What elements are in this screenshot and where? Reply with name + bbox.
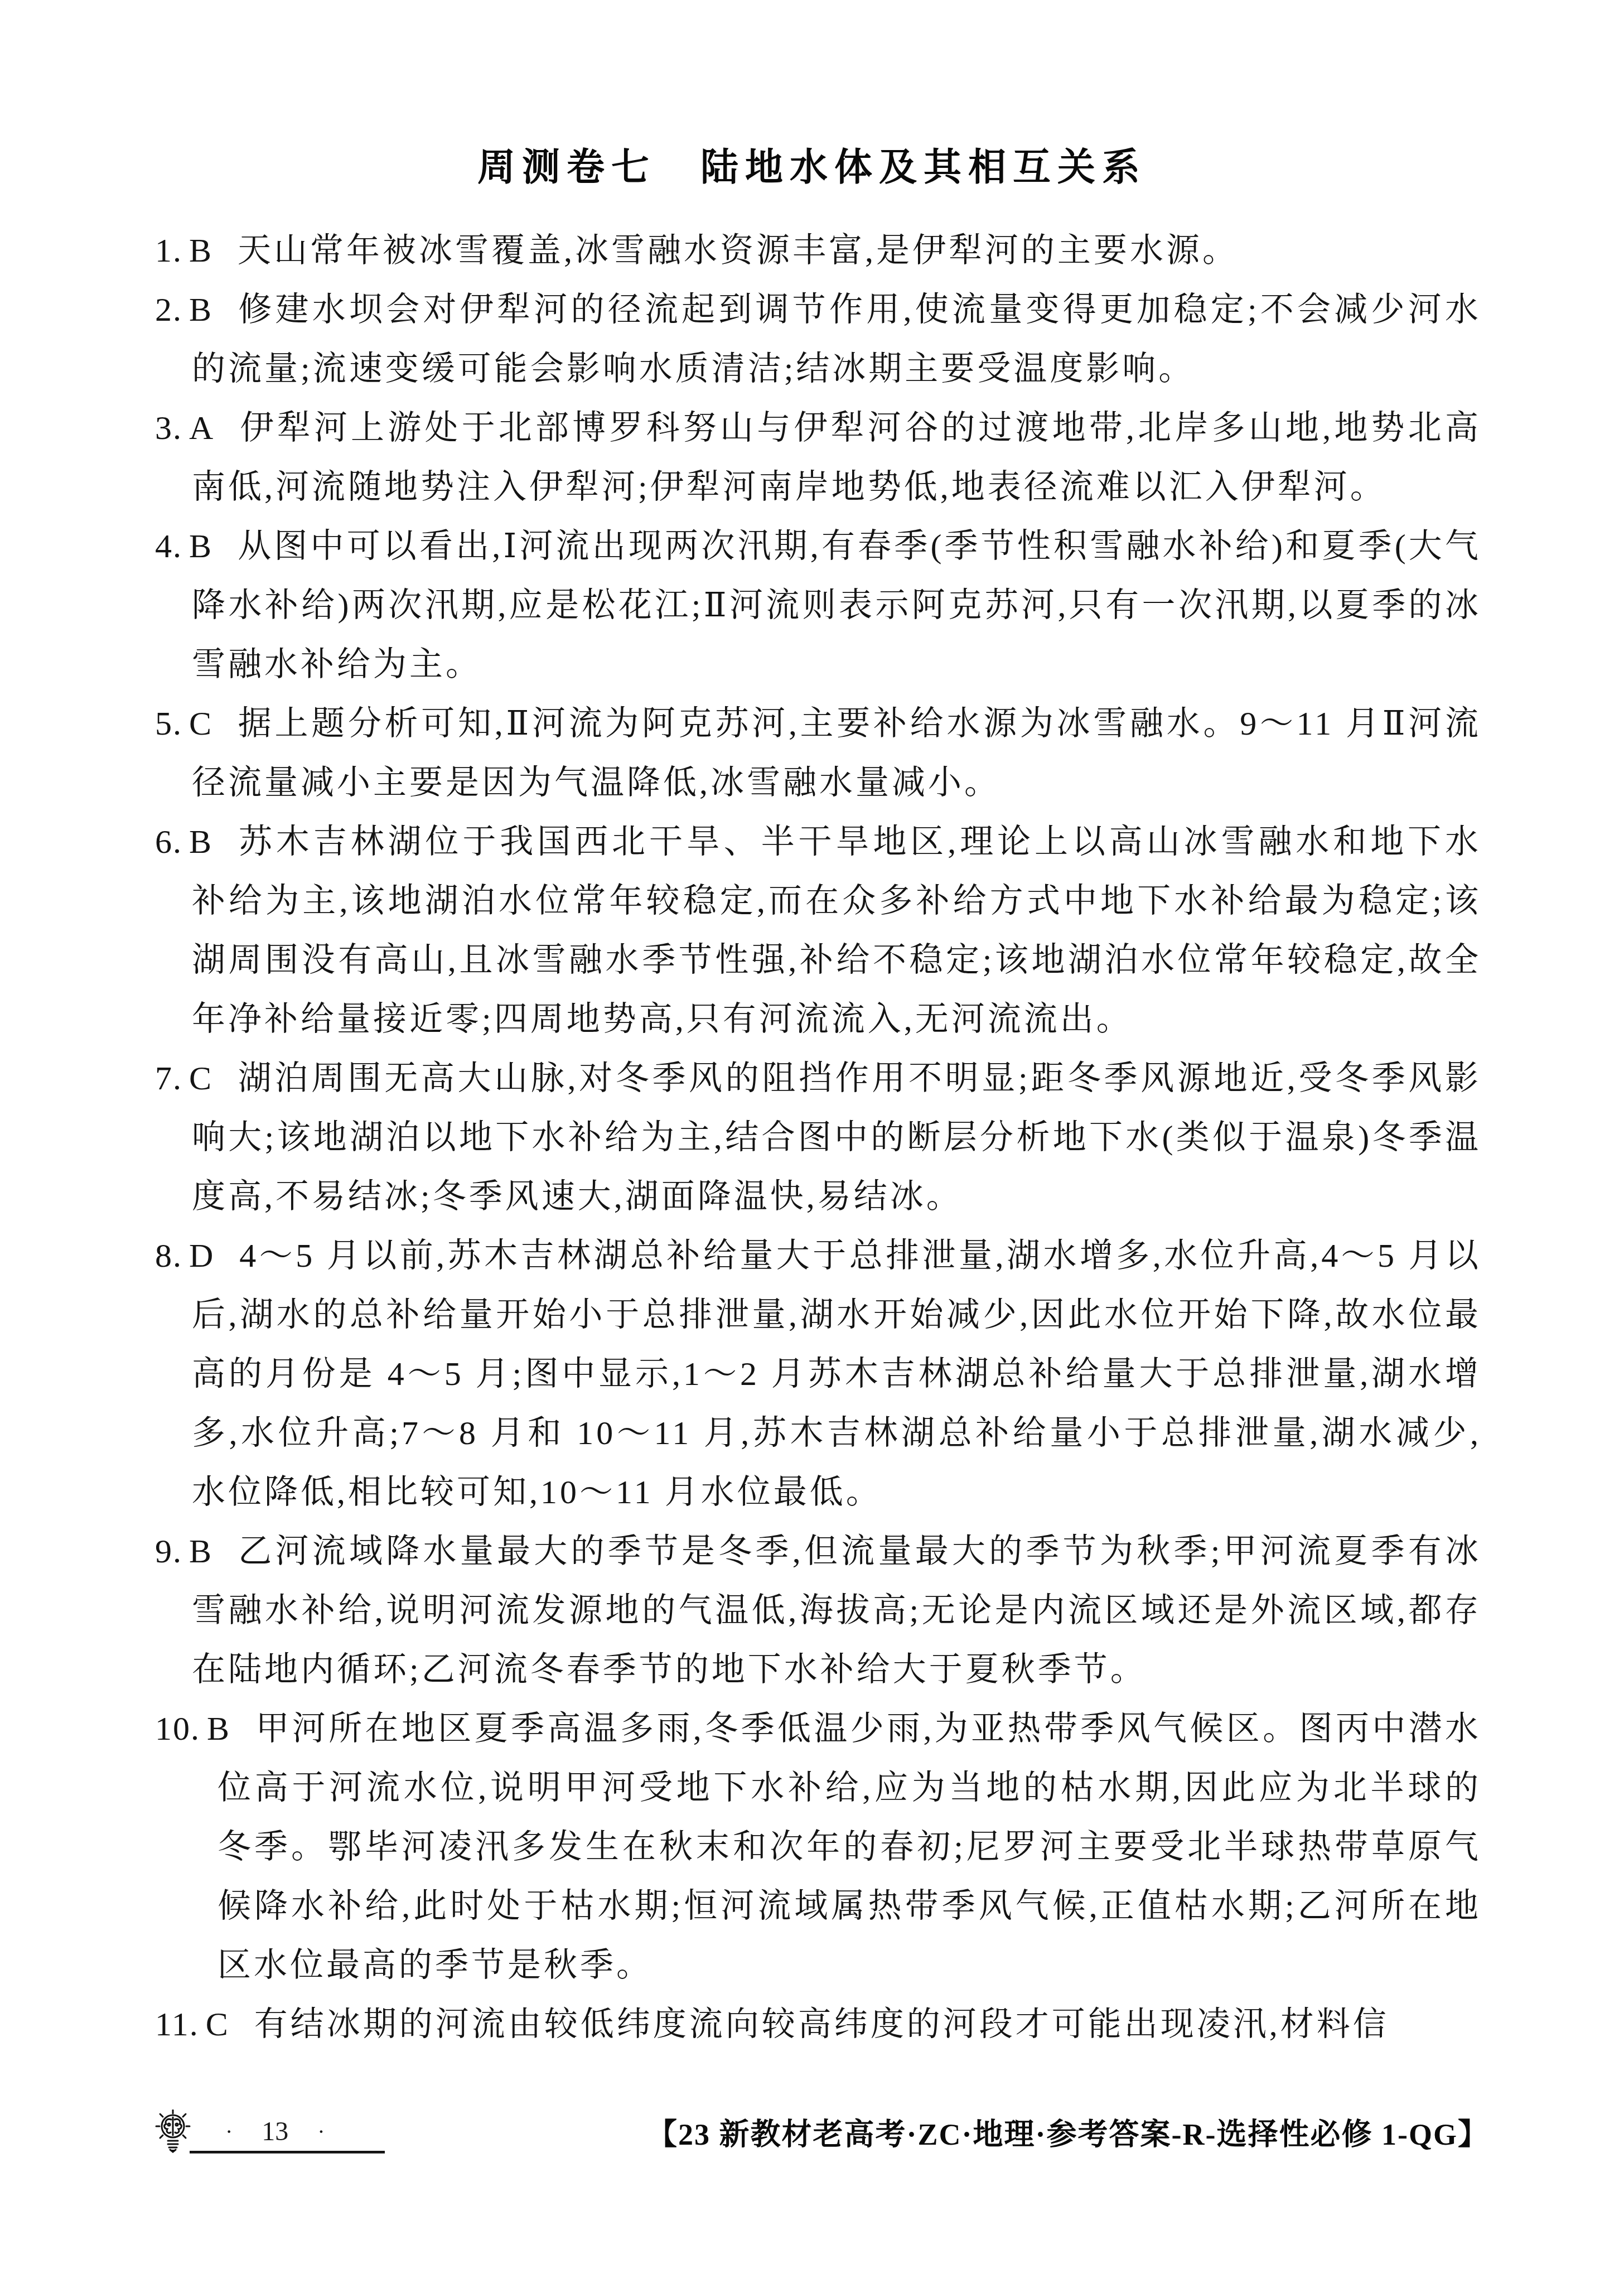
answer-item-10: 10.B甲河所在地区夏季高温多雨,冬季低温少雨,为亚热带季风气候区。图丙中潜水位…: [155, 1699, 1481, 1995]
answer-number: 6.: [155, 823, 182, 860]
answer-item-7: 7.C湖泊周围无高大山脉,对冬季风的阻挡作用不明显;距冬季风源地近,受冬季风影响…: [155, 1049, 1481, 1226]
answer-letter: B: [189, 232, 214, 269]
answer-number: 2.: [155, 291, 182, 328]
answer-text: 4～5 月以前,苏木吉林湖总补给量大于总排泄量,湖水增多,水位升高,4～5 月以…: [192, 1237, 1481, 1510]
footer: ·13· 【23 新教材老高考·ZC·地理·参考答案-R-选择性必修 1-QG】: [155, 2110, 1489, 2160]
answer-number: 3.: [155, 409, 182, 446]
answer-letter: B: [189, 1533, 214, 1570]
answer-text: 有结冰期的河流由较低纬度流向较高纬度的河段才可能出现凌汛,材料信: [254, 2006, 1389, 2043]
answer-number: 11.: [155, 2006, 199, 2043]
answer-number: 8.: [155, 1237, 182, 1274]
answer-number: 10.: [155, 1710, 200, 1747]
answer-letter: C: [189, 705, 214, 742]
answer-letter: C: [206, 2006, 231, 2043]
answer-letter: A: [189, 409, 216, 446]
answer-letter: B: [207, 1710, 232, 1747]
answer-number: 9.: [155, 1533, 182, 1570]
answer-text: 乙河流域降水量最大的季节是冬季,但流量最大的季节为秋季;甲河流夏季有冰雪融水补给…: [192, 1533, 1481, 1688]
page-number-right-dot: ·: [317, 2118, 325, 2145]
answer-text: 从图中可以看出,Ⅰ河流出现两次汛期,有春季(季节性积雪融水补给)和夏季(大气降水…: [192, 528, 1481, 683]
answer-item-2: 2.B修建水坝会对伊犁河的径流起到调节作用,使流量变得更加稳定;不会减少河水的流…: [155, 280, 1481, 398]
page-number-value: 13: [262, 2116, 288, 2147]
answer-item-4: 4.B从图中可以看出,Ⅰ河流出现两次汛期,有春季(季节性积雪融水补给)和夏季(大…: [155, 517, 1481, 694]
answer-item-9: 9.B乙河流域降水量最大的季节是冬季,但流量最大的季节为秋季;甲河流夏季有冰雪融…: [155, 1522, 1481, 1699]
answer-text: 天山常年被冰雪覆盖,冰雪融水资源丰富,是伊犁河的主要水源。: [238, 232, 1239, 269]
edition-label: 【23 新教材老高考·ZC·地理·参考答案-R-选择性必修 1-QG】: [647, 2111, 1489, 2154]
answer-item-3: 3.A伊犁河上游处于北部博罗科努山与伊犁河谷的过渡地带,北岸多山地,地势北高南低…: [155, 398, 1481, 517]
answers-list: 1.B天山常年被冰雪覆盖,冰雪融水资源丰富,是伊犁河的主要水源。 2.B修建水坝…: [155, 221, 1481, 2054]
page-title: 周测卷七 陆地水体及其相互关系: [0, 146, 1624, 189]
answer-text: 伊犁河上游处于北部博罗科努山与伊犁河谷的过渡地带,北岸多山地,地势北高南低,河流…: [192, 409, 1481, 505]
answer-item-1: 1.B天山常年被冰雪覆盖,冰雪融水资源丰富,是伊犁河的主要水源。: [155, 221, 1481, 280]
answer-letter: B: [189, 823, 214, 860]
answer-item-6: 6.B苏木吉林湖位于我国西北干旱、半干旱地区,理论上以高山冰雪融水和地下水补给为…: [155, 812, 1481, 1049]
answer-item-11: 11.C有结冰期的河流由较低纬度流向较高纬度的河段才可能出现凌汛,材料信: [155, 1995, 1481, 2054]
page-number: ·13·: [225, 2116, 325, 2147]
answer-letter: D: [189, 1237, 216, 1274]
lightbulb-brain-icon: [155, 2110, 191, 2153]
answer-letter: C: [189, 1060, 214, 1097]
footer-left: ·13·: [155, 2110, 325, 2153]
answer-text: 甲河所在地区夏季高温多雨,冬季低温少雨,为亚热带季风气候区。图丙中潜水位高于河流…: [217, 1710, 1481, 1983]
answer-text: 据上题分析可知,Ⅱ河流为阿克苏河,主要补给水源为冰雪融水。9～11 月Ⅱ河流径流…: [192, 705, 1481, 801]
answer-number: 5.: [155, 705, 182, 742]
answer-letter: B: [189, 528, 214, 564]
answer-number: 1.: [155, 232, 182, 269]
footer-rule: [190, 2151, 385, 2154]
answer-text: 湖泊周围无高大山脉,对冬季风的阻挡作用不明显;距冬季风源地近,受冬季风影响大;该…: [192, 1060, 1481, 1215]
answer-text: 苏木吉林湖位于我国西北干旱、半干旱地区,理论上以高山冰雪融水和地下水补给为主,该…: [192, 823, 1481, 1037]
answer-sheet-page: 周测卷七 陆地水体及其相互关系 1.B天山常年被冰雪覆盖,冰雪融水资源丰富,是伊…: [0, 0, 1624, 2283]
answer-number: 7.: [155, 1060, 182, 1097]
answer-item-5: 5.C据上题分析可知,Ⅱ河流为阿克苏河,主要补给水源为冰雪融水。9～11 月Ⅱ河…: [155, 694, 1481, 812]
answer-item-8: 8.D4～5 月以前,苏木吉林湖总补给量大于总排泄量,湖水增多,水位升高,4～5…: [155, 1226, 1481, 1522]
answer-letter: B: [189, 291, 214, 328]
answer-number: 4.: [155, 528, 182, 564]
page-number-left-dot: ·: [225, 2118, 233, 2145]
answer-text: 修建水坝会对伊犁河的径流起到调节作用,使流量变得更加稳定;不会减少河水的流量;流…: [192, 291, 1481, 387]
